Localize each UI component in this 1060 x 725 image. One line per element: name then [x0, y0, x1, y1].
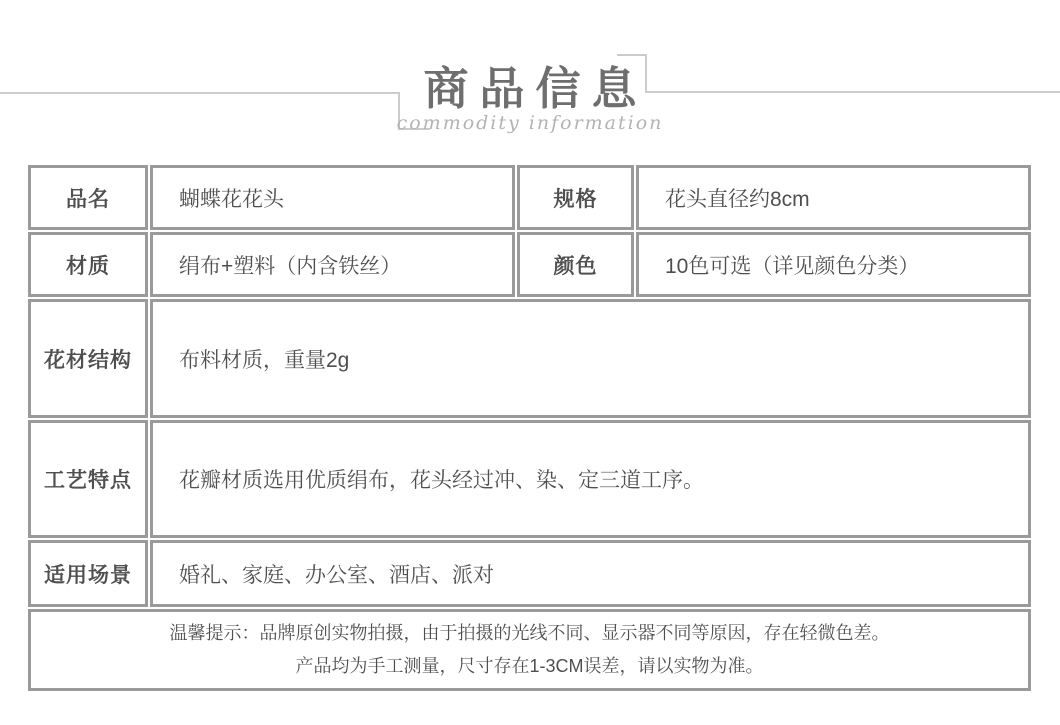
- notice-row: 温馨提示：品牌原创实物拍摄，由于拍摄的光线不同、显示器不同等原因，存在轻微色差。…: [28, 609, 1031, 691]
- header: 商品信息 commodity information: [0, 0, 1060, 160]
- row4-label-craft: 工艺特点: [28, 420, 148, 538]
- page-title: 商品信息: [0, 52, 1060, 117]
- row5-label-scenes: 适用场景: [28, 540, 148, 607]
- row3-value-structure: 布料材质，重量2g: [150, 299, 1031, 418]
- row2-label-material: 材质: [28, 232, 148, 297]
- row2-label-color: 颜色: [517, 232, 634, 297]
- row3-label-structure: 花材结构: [28, 299, 148, 418]
- row2-value-color: 10色可选（详见颜色分类）: [636, 232, 1031, 297]
- page-subtitle: commodity information: [0, 112, 1060, 134]
- product-info-table: 品名 蝴蝶花花头 规格 花头直径约8cm 材质 绢布+塑料（内含铁丝） 颜色 1…: [28, 165, 1031, 691]
- product-info-page: 商品信息 commodity information 品名 蝴蝶花花头 规格 花…: [0, 0, 1060, 725]
- row1-value-spec: 花头直径约8cm: [636, 165, 1031, 230]
- row4-value-craft: 花瓣材质选用优质绢布，花头经过冲、染、定三道工序。: [150, 420, 1031, 538]
- row1-label-product-name: 品名: [28, 165, 148, 230]
- notice-line-1: 温馨提示：品牌原创实物拍摄，由于拍摄的光线不同、显示器不同等原因，存在轻微色差。: [170, 624, 890, 644]
- row5-value-scenes: 婚礼、家庭、办公室、酒店、派对: [150, 540, 1031, 607]
- row1-label-spec: 规格: [517, 165, 634, 230]
- notice-line-2: 产品均为手工测量，尺寸存在1-3CM误差，请以实物为准。: [295, 657, 763, 677]
- row1-value-product-name: 蝴蝶花花头: [150, 165, 515, 230]
- row2-value-material: 绢布+塑料（内含铁丝）: [150, 232, 515, 297]
